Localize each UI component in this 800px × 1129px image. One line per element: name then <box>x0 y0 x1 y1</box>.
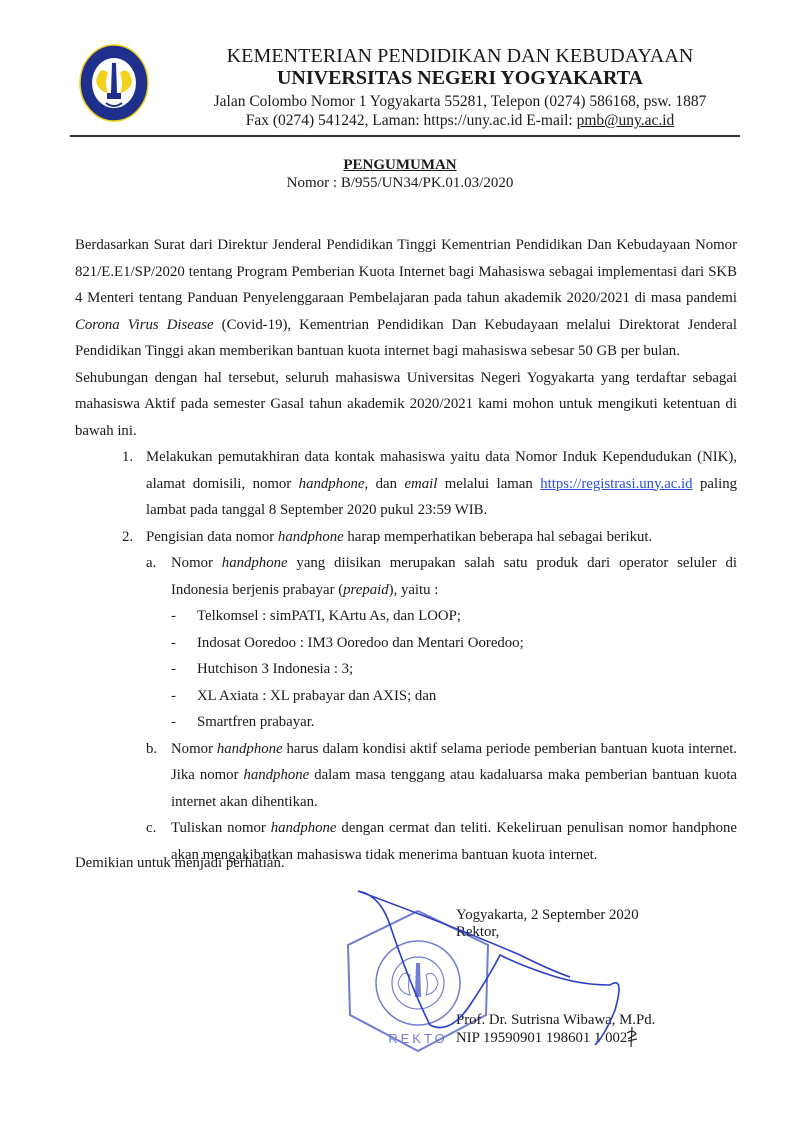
list-item: -Smartfren prabayar. <box>171 709 737 736</box>
announcement-body: Berdasarkan Surat dari Direktur Jenderal… <box>75 232 737 868</box>
university-contact: Fax (0274) 541242, Laman: https://uny.ac… <box>160 112 760 130</box>
announcement-number: Nomor : B/955/UN34/PK.01.03/2020 <box>0 175 800 192</box>
university-address: Jalan Colombo Nomor 1 Yogyakarta 55281, … <box>160 93 760 111</box>
list-item: -Telkomsel : simPATI, KArtu As, dan LOOP… <box>171 603 737 630</box>
closing-remark: Demikian untuk menjadi perhatian. <box>75 855 285 872</box>
university-logo-icon <box>78 43 150 123</box>
initial-paraf-icon <box>625 1025 639 1049</box>
paragraph-intro: Berdasarkan Surat dari Direktur Jenderal… <box>75 232 737 365</box>
letterhead-divider <box>70 135 740 137</box>
list-item: 2. Pengisian data nomor handphone harap … <box>75 524 737 869</box>
list-item: a. Nomor handphone yang diisikan merupak… <box>146 550 737 736</box>
email-link[interactable]: pmb@uny.ac.id <box>577 112 675 129</box>
list-item: -Indosat Ooredoo : IM3 Ooredoo dan Menta… <box>171 630 737 657</box>
ministry-name: KEMENTERIAN PENDIDIKAN DAN KEBUDAYAAN <box>160 45 760 68</box>
list-item: -XL Axiata : XL prabayar dan AXIS; dan <box>171 683 737 710</box>
operator-list: -Telkomsel : simPATI, KArtu As, dan LOOP… <box>171 603 737 736</box>
announcement-title: PENGUMUMAN <box>0 157 800 174</box>
phone-requirements-list: a. Nomor handphone yang diisikan merupak… <box>146 550 737 868</box>
paragraph-context: Sehubungan dengan hal tersebut, seluruh … <box>75 365 737 445</box>
list-item: 1. Melakukan pemutakhiran data kontak ma… <box>75 444 737 524</box>
list-item: -Hutchison 3 Indonesia : 3; <box>171 656 737 683</box>
requirements-list: 1. Melakukan pemutakhiran data kontak ma… <box>75 444 737 868</box>
contact-text: Fax (0274) 541242, Laman: https://uny.ac… <box>246 112 577 129</box>
registration-link[interactable]: https://registrasi.uny.ac.id <box>540 476 692 492</box>
handwritten-signature-icon <box>350 885 650 1045</box>
university-name: UNIVERSITAS NEGERI YOGYAKARTA <box>160 67 760 90</box>
list-item: b. Nomor handphone harus dalam kondisi a… <box>146 736 737 816</box>
announcement-page: KEMENTERIAN PENDIDIKAN DAN KEBUDAYAAN UN… <box>0 0 800 1129</box>
